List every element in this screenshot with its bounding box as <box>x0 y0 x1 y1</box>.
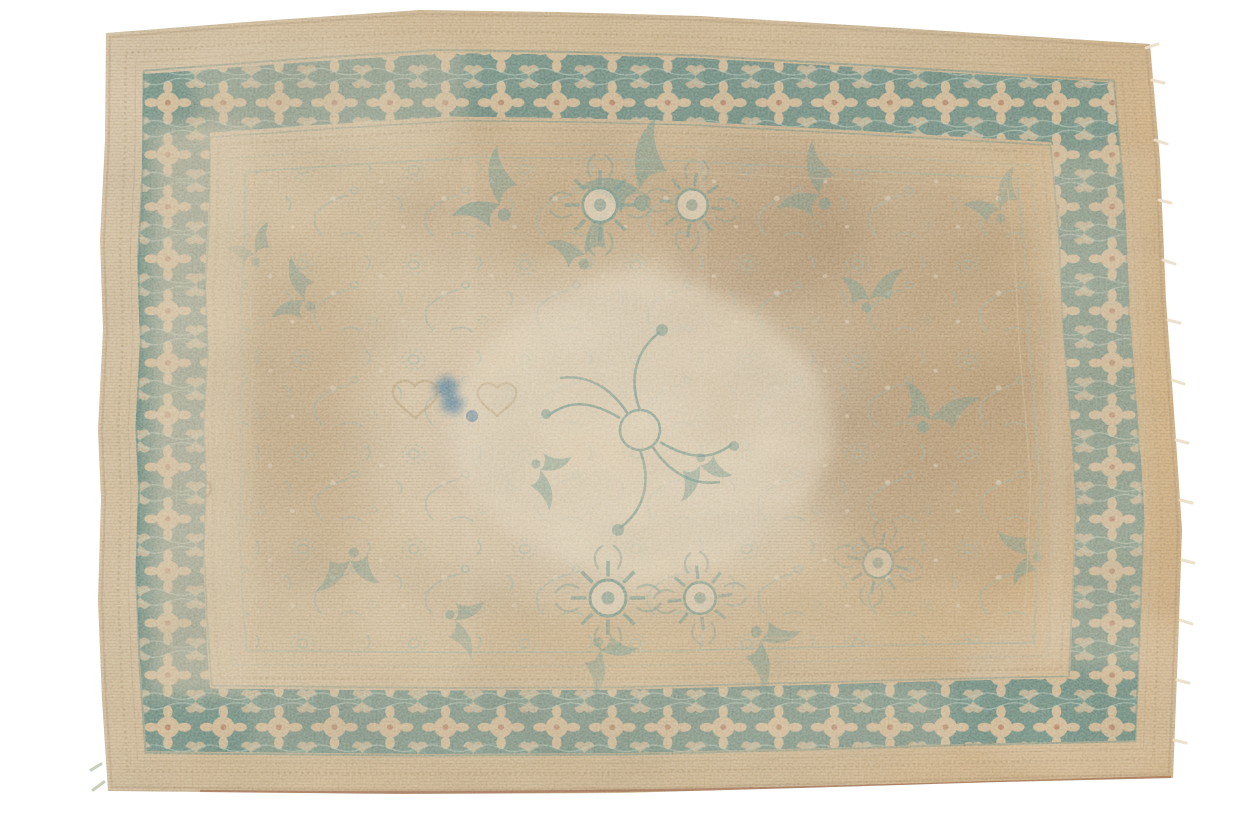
rug-outline <box>0 0 1240 827</box>
rug-photo-figure: Overhead product photograph of a large v… <box>0 0 1240 827</box>
photo-canvas: Overhead product photograph of a large v… <box>0 0 1240 827</box>
rug-image <box>0 0 1240 827</box>
fiber-grain <box>0 0 1240 827</box>
